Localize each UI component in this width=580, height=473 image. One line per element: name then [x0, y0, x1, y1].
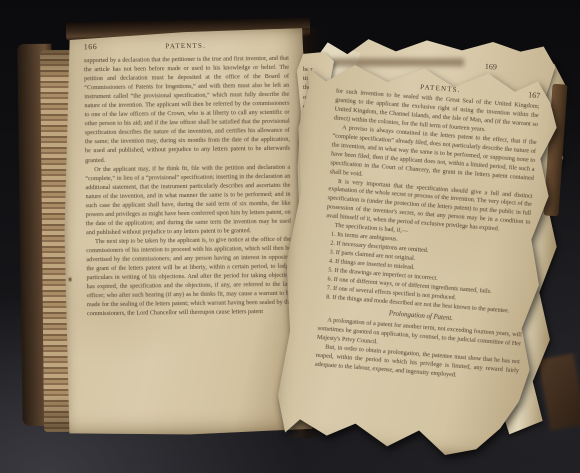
- left-page-body: supported by a declaration that the peti…: [84, 54, 292, 319]
- foxing-speck: [69, 277, 72, 281]
- foxing-speck: [172, 86, 175, 90]
- right-page-body: for such invention to be sealed with the…: [315, 88, 540, 385]
- paragraph: supported by a declaration that the peti…: [84, 54, 290, 165]
- header-spacer: [337, 83, 371, 86]
- right-page-header: PATENTS. 167: [293, 38, 573, 102]
- left-running-header: PATENTS.: [118, 41, 254, 51]
- paragraph: The next step to be taken by the applica…: [86, 235, 292, 319]
- paragraph: Or the applicant may, if he think fit, f…: [85, 162, 291, 237]
- right-page-wrap: PATENTS. 167 for such invention to be se…: [292, 42, 570, 448]
- left-page: 166 PATENTS. supported by a declaration …: [60, 26, 315, 437]
- right-page: PATENTS. 167 for such invention to be se…: [265, 38, 573, 464]
- right-page-number: 167: [510, 89, 541, 100]
- left-page-number: 166: [84, 42, 118, 51]
- photo-of-open-book: 166 PATENTS. supported by a declaration …: [0, 0, 580, 473]
